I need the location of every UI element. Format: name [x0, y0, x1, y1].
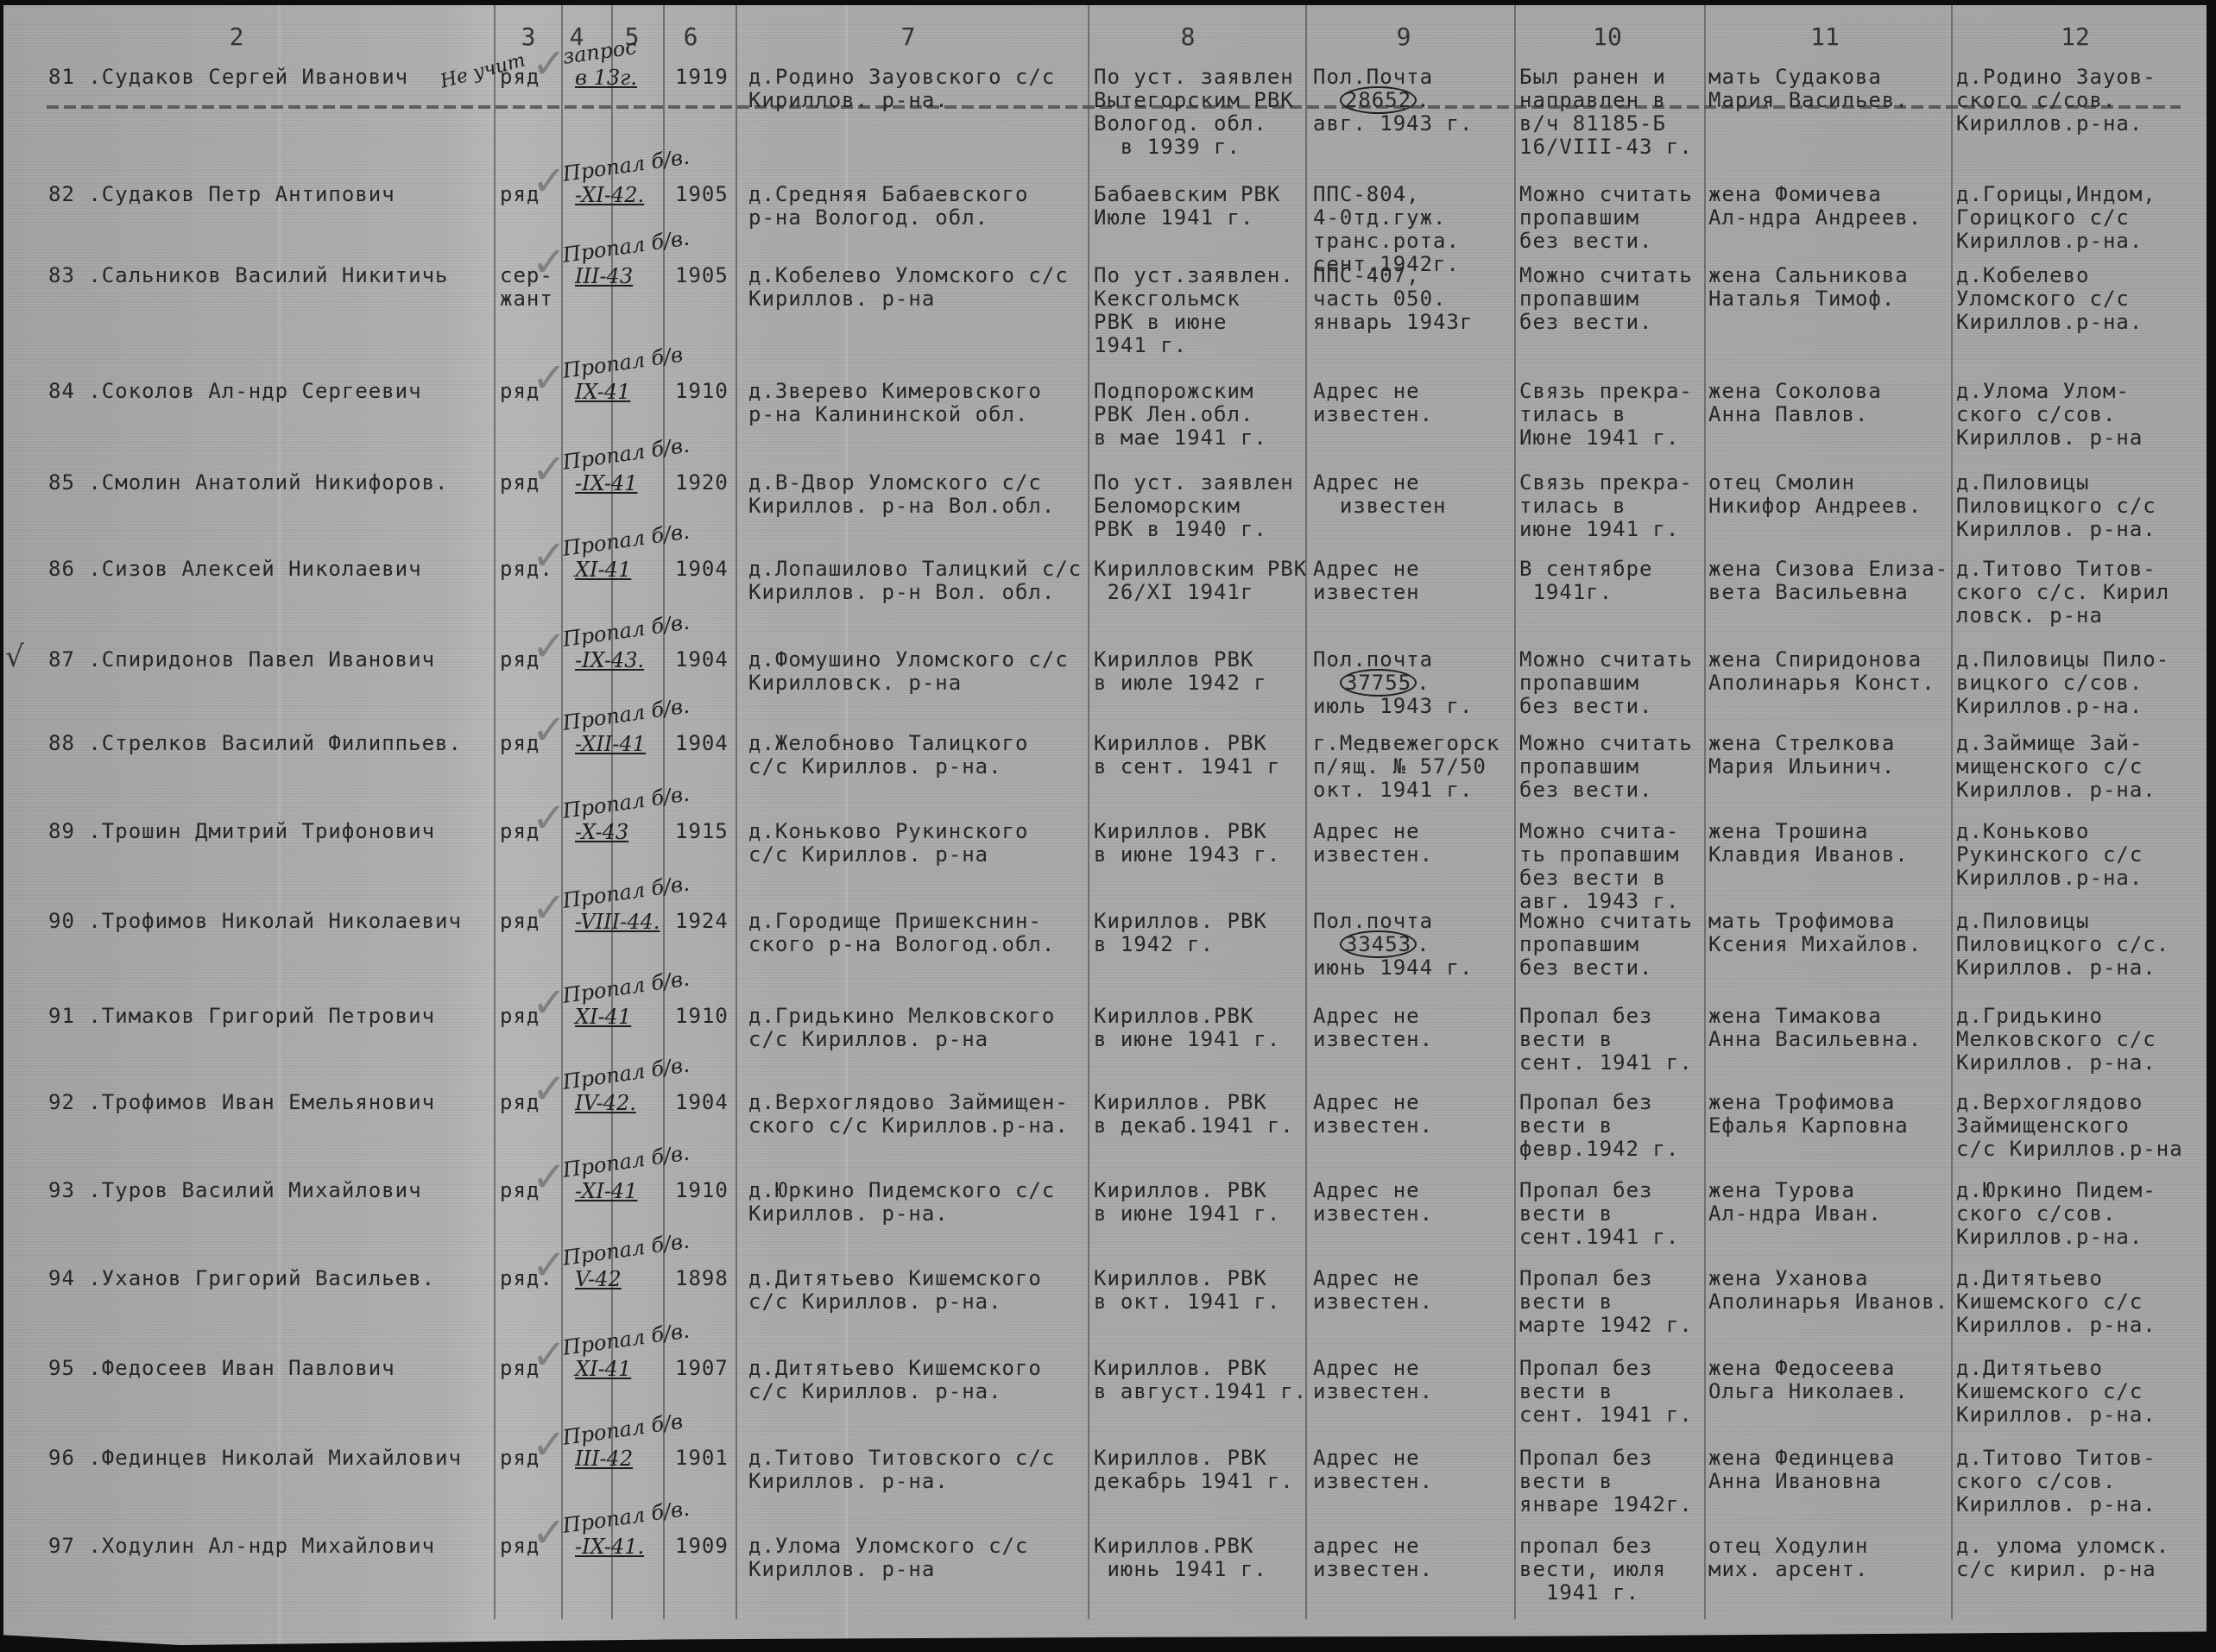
pencil-checkmark-icon: ✓: [532, 532, 566, 580]
birthplace: д.Лопашилово Талицкий с/с Кириллов. р-н …: [748, 558, 1082, 604]
field-post-stamp: 37755: [1340, 669, 1417, 697]
handwritten-status: Пропал б/в.: [561, 1321, 691, 1359]
column-number: 9: [1397, 22, 1411, 51]
next-of-kin-address: д.Титово Титов- ского с/с. Кирил ловск. …: [1956, 558, 2169, 627]
drafted-by: Кириллов. РВК в сент. 1941 г: [1094, 732, 1280, 779]
last-address: Адрес не известен: [1313, 558, 1420, 604]
circumstances: Пропал без вести в январе 1942г.: [1519, 1447, 1693, 1516]
soldier-name: 96 .Фединцев Николай Михайлович: [48, 1447, 462, 1470]
last-address: Адрес не известен.: [1313, 1267, 1433, 1314]
circumstances: Можно считать пропавшим без вести.: [1519, 183, 1693, 253]
last-address: Адрес не известен.: [1313, 380, 1433, 426]
handwritten-date: -IX-41.: [563, 1536, 691, 1557]
drafted-by: Кириллов РВК в июле 1942 г: [1094, 648, 1267, 695]
column-divider: [736, 5, 737, 1619]
handwritten-status: Пропал б/в: [561, 1411, 684, 1448]
next-of-kin-address: д.Дитятьево Кишемского с/с Кириллов. р-н…: [1956, 1357, 2156, 1427]
birthplace: д.Средняя Бабаевского р-на Вологод. обл.: [748, 183, 1028, 230]
column-number: 8: [1181, 22, 1196, 51]
column-divider: [1514, 5, 1516, 1619]
handwritten-status: Пропал б/в.: [561, 521, 691, 559]
pencil-checkmark-icon: ✓: [532, 40, 566, 88]
handwritten-annotation: Пропал б/в.III-43: [563, 245, 691, 287]
handwritten-status: Пропал б/в: [561, 344, 684, 381]
handwritten-annotation: Пропал б/в.-IX-43.: [563, 629, 691, 671]
drafted-by: По уст. заявлен Беломорским РВК в 1940 г…: [1094, 471, 1294, 541]
next-of-kin: жена Тимакова Анна Васильевна.: [1708, 1005, 1922, 1051]
handwritten-annotation: Пропал б/в.XI-41: [563, 1338, 691, 1379]
handwritten-annotation: Пропал б/в.-XII-41: [563, 713, 691, 754]
circumstances: Можно счита- ть пропавшим без вести в ав…: [1519, 820, 1679, 913]
birthplace: д.Фомушино Уломского с/с Кирилловск. р-н…: [748, 648, 1069, 695]
handwritten-status: Пропал б/в.: [561, 968, 691, 1006]
handwritten-status: Пропал б/в.: [561, 435, 691, 473]
last-address: Пол.почта 37755.июль 1943 г.: [1313, 648, 1473, 718]
handwritten-status: Пропал б/в.: [561, 1498, 691, 1536]
next-of-kin-address: д.Дитятьево Кишемского с/с Кириллов. р-н…: [1956, 1267, 2156, 1337]
torn-edge: [3, 1623, 2207, 1645]
drafted-by: Кириллов. РВК в июне 1941 г.: [1094, 1179, 1280, 1226]
drafted-by: Подпорожским РВК Лен.обл. в мае 1941 г.: [1094, 380, 1267, 450]
handwritten-date: XI-41: [563, 1359, 691, 1379]
handwritten-date: III-42: [563, 1448, 684, 1469]
next-of-kin: жена Фединцева Анна Ивановна: [1708, 1447, 1895, 1493]
handwritten-annotation: Пропал б/в.-IX-41: [563, 452, 691, 494]
soldier-name: 81 .Судаков Сергей Иванович: [48, 66, 408, 89]
circumstances: Пропал без вести в февр.1942 г.: [1519, 1091, 1679, 1161]
soldier-name: 94 .Уханов Григорий Васильев.: [48, 1267, 435, 1290]
circumstances: Можно считать пропавшим без вести.: [1519, 648, 1693, 718]
archive-document-page: 23456789101112 81 .Судаков Сергей Иванов…: [3, 5, 2207, 1645]
handwritten-date: -XII-41: [563, 734, 691, 754]
last-address: Адрес не известен.: [1313, 1091, 1433, 1138]
last-address: ППС-804, 4-0тд.гуж. транс.рота. сент.194…: [1313, 183, 1460, 276]
next-of-kin: жена Фомичева Ал-ндра Андреев.: [1708, 183, 1922, 230]
next-of-kin: жена Стрелкова Мария Ильинич.: [1708, 732, 1895, 779]
last-address: ППС-407, часть 050. январь 1943г: [1313, 264, 1473, 334]
birthplace: д.Зверево Кимеровского р-на Калининской …: [748, 380, 1042, 426]
next-of-kin: отец Смолин Никифор Андреев.: [1708, 471, 1922, 518]
handwritten-status: Пропал б/в.: [561, 696, 691, 734]
birthplace: д.Городище Пришекснин- ского р-на Волого…: [748, 910, 1055, 956]
birth-year: 1919: [675, 66, 729, 89]
handwritten-date: -VIII-44.: [563, 911, 691, 932]
handwritten-date: -XI-42.: [563, 185, 691, 205]
drafted-by: Кирилловским РВК 26/XI 1941г: [1094, 558, 1307, 604]
soldier-name: 92 .Трофимов Иван Емельянович: [48, 1091, 435, 1114]
drafted-by: По уст. заявлен Вытегорским РВК Вологод.…: [1094, 66, 1294, 159]
column-divider: [1088, 5, 1089, 1619]
handwritten-annotation: запросв 13г.: [563, 47, 637, 88]
next-of-kin: жена Сизова Елиза- вета Васильевна: [1708, 558, 1948, 604]
last-address: г.Медвежегорск п/ящ. № 57/50 окт. 1941 г…: [1313, 732, 1499, 802]
next-of-kin-address: д.Коньково Рукинского с/с Кириллов.р-на.: [1956, 820, 2143, 890]
drafted-by: Кириллов. РВК в 1942 г.: [1094, 910, 1267, 956]
next-of-kin-address: д.Кобелево Уломского с/с Кириллов.р-на.: [1956, 264, 2143, 334]
handwritten-date: III-43: [563, 266, 691, 287]
handwritten-date: в 13г.: [563, 67, 637, 88]
last-address: Адрес не известен.: [1313, 820, 1433, 867]
drafted-by: Кириллов.РВК в июне 1941 г.: [1094, 1005, 1280, 1051]
pencil-checkmark-icon: ✓: [532, 706, 566, 754]
pencil-checkmark-icon: ✓: [532, 445, 566, 494]
next-of-kin: жена Трошина Клавдия Иванов.: [1708, 820, 1909, 867]
last-address: Пол.Почта 28652.авг. 1943 г.: [1313, 66, 1473, 136]
column-divider: [494, 5, 496, 1619]
next-of-kin: жена Уханова Аполинарья Иванов.: [1708, 1267, 1948, 1314]
next-of-kin: жена Сальникова Наталья Тимоф.: [1708, 264, 1909, 311]
handwritten-status: Пропал б/в.: [561, 1055, 691, 1093]
next-of-kin: жена Спиридонова Аполинарья Конст.: [1708, 648, 1935, 695]
handwritten-date: XI-41: [563, 1006, 691, 1027]
pencil-checkmark-icon: ✓: [532, 884, 566, 932]
birthplace: д.Родино Зауовского с/с Кириллов. р-на.: [748, 66, 1055, 112]
handwritten-date: -X-43: [563, 822, 691, 842]
pencil-checkmark-icon: ✓: [532, 1153, 566, 1201]
circumstances: Можно считать пропавшим без вести.: [1519, 732, 1693, 802]
handwritten-annotation: Пропал б/в.-IX-41.: [563, 1516, 691, 1557]
next-of-kin: жена Трофимова Ефалья Карповна: [1708, 1091, 1909, 1138]
soldier-name: 87 .Спиридонов Павел Иванович: [48, 648, 435, 672]
pencil-checkmark-icon: ✓: [532, 1241, 566, 1289]
handwritten-annotation: Пропал б/в.XI-41: [563, 986, 691, 1027]
birthplace: д.Дитятьево Кишемского с/с Кириллов. р-н…: [748, 1357, 1042, 1403]
circumstances: Был ранен и направлен в в/ч 81185-Б 16/V…: [1519, 66, 1693, 159]
column-number: 7: [901, 22, 916, 51]
circumstances: пропал без вести, июля 1941 г.: [1519, 1535, 1666, 1605]
next-of-kin-address: д.Займище Зай- мищенского с/с Кириллов. …: [1956, 732, 2156, 802]
column-divider: [1704, 5, 1706, 1619]
handwritten-date: IV-42.: [563, 1093, 691, 1113]
handwritten-date: IX-41: [563, 381, 684, 402]
last-address: адрес не известен.: [1313, 1535, 1433, 1581]
last-address: Пол.почта 33453.июнь 1944 г.: [1313, 910, 1473, 980]
checkmark-icon: √: [5, 640, 24, 674]
birthplace: д.Желобново Талицкого с/с Кириллов. р-на…: [748, 732, 1028, 779]
soldier-name: 95 .Федосеев Иван Павлович: [48, 1357, 395, 1380]
next-of-kin-address: д.Горицы,Индом, Горицкого с/с Кириллов.р…: [1956, 183, 2156, 253]
birthplace: д.Дитятьево Кишемского с/с Кириллов. р-н…: [748, 1267, 1042, 1314]
birthplace: д.Верхоглядово Займищен- ского с/с Кирил…: [748, 1091, 1069, 1138]
circumstances: Можно считать пропавшим без вести.: [1519, 264, 1693, 334]
handwritten-date: -XI-41: [563, 1181, 691, 1201]
circumstances: Можно считать пропавшим без вести.: [1519, 910, 1693, 980]
pencil-checkmark-icon: ✓: [532, 1331, 566, 1379]
birthplace: д.Кобелево Уломского с/с Кириллов. р-на: [748, 264, 1069, 311]
circumstances: Пропал без вести в марте 1942 г.: [1519, 1267, 1693, 1337]
pencil-checkmark-icon: ✓: [532, 157, 566, 205]
next-of-kin-address: д.Юркино Пидем- ского с/сов. Кириллов.р-…: [1956, 1179, 2156, 1249]
soldier-name: 86 .Сизов Алексей Николаевич: [48, 558, 422, 581]
soldier-name: 88 .Стрелков Василий Филиппьев.: [48, 732, 462, 755]
next-of-kin-address: д.Гридькино Мелковского с/с Кириллов. р-…: [1956, 1005, 2156, 1075]
birthplace: д.Коньково Рукинского с/с Кириллов. р-на: [748, 820, 1028, 867]
handwritten-annotation: Пропал б/в.XI-41: [563, 539, 691, 580]
last-address: Адрес не известен: [1313, 471, 1447, 518]
next-of-kin-address: д.Верхоглядово Займищенского с/с Кирилло…: [1956, 1091, 2183, 1161]
field-post-stamp: 33453: [1340, 930, 1417, 958]
next-of-kin: жена Соколова Анна Павлов.: [1708, 380, 1882, 426]
drafted-by: Кириллов. РВК в август.1941 г.: [1094, 1357, 1307, 1403]
next-of-kin-address: д.Титово Титов- ского с/сов. Кириллов. р…: [1956, 1447, 2156, 1516]
soldier-name: 82 .Судаков Петр Антипович: [48, 183, 395, 206]
soldier-name: 84 .Соколов Ал-ндр Сергеевич: [48, 380, 422, 403]
soldier-name: 97 .Ходулин Ал-ндр Михайлович: [48, 1535, 435, 1558]
handwritten-status: Пропал б/в.: [561, 1231, 691, 1269]
next-of-kin: мать Судакова Мария Васильев.: [1708, 66, 1909, 112]
column-divider: [1951, 5, 1953, 1619]
column-number: 10: [1593, 22, 1622, 51]
next-of-kin-address: д. улома уломск. с/с кирил. р-на: [1956, 1535, 2169, 1581]
next-of-kin-address: д.Пиловицы Пиловицкого с/с Кириллов. р-н…: [1956, 471, 2156, 541]
column-number: 2: [230, 22, 244, 51]
drafted-by: Кириллов. РВК в окт. 1941 г.: [1094, 1267, 1280, 1314]
handwritten-status: Пропал б/в.: [561, 784, 691, 822]
drafted-by: Бабаевским РВК Июле 1941 г.: [1094, 183, 1280, 230]
next-of-kin: жена Турова Ал-ндра Иван.: [1708, 1179, 1882, 1226]
drafted-by: По уст.заявлен. Кексгольмск РВК в июне 1…: [1094, 264, 1294, 357]
column-number: 6: [684, 22, 698, 51]
handwritten-annotation: Пропал б/в.-XI-42.: [563, 164, 691, 205]
last-address: Адрес не известен.: [1313, 1005, 1433, 1051]
pencil-checkmark-icon: ✓: [532, 1421, 566, 1469]
drafted-by: Кириллов. РВК декабрь 1941 г.: [1094, 1447, 1294, 1493]
circumstances: Связь прекра- тилась в Июне 1941 г.: [1519, 380, 1693, 450]
handwritten-annotation: Пропал б/в.V-42: [563, 1248, 691, 1289]
handwritten-annotation: Пропал б/в.-VIII-44.: [563, 891, 691, 932]
drafted-by: Кириллов. РВК в декаб.1941 г.: [1094, 1091, 1294, 1138]
pencil-checkmark-icon: ✓: [532, 238, 566, 287]
handwritten-status: Пропал б/в.: [561, 612, 691, 650]
circumstances: Связь прекра- тилась в июне 1941 г.: [1519, 471, 1693, 541]
last-address: Адрес не известен.: [1313, 1357, 1433, 1403]
handwritten-status: Пропал б/в.: [561, 147, 691, 185]
birthplace: д.Юркино Пидемского с/с Кириллов. р-на.: [748, 1179, 1055, 1226]
circumstances: Пропал без вести в сент.1941 г.: [1519, 1179, 1679, 1249]
soldier-name: 91 .Тимаков Григорий Петрович: [48, 1005, 435, 1028]
next-of-kin: жена Федосеева Ольга Николаев.: [1708, 1357, 1909, 1403]
handwritten-annotation: Пропал б/вIII-42: [563, 1428, 684, 1469]
pencil-checkmark-icon: ✓: [532, 622, 566, 671]
soldier-name: 83 .Сальников Василий Никитичь: [48, 264, 448, 287]
handwritten-date: -IX-43.: [563, 650, 691, 671]
next-of-kin-address: д.Родино Зауов- ского с/сов. Кириллов.р-…: [1956, 66, 2156, 136]
column-number: 12: [2061, 22, 2090, 51]
birthplace: д.В-Двор Уломского с/с Кириллов. р-на Во…: [748, 471, 1055, 518]
circumstances: Пропал без вести в сент. 1941 г.: [1519, 1005, 1693, 1075]
soldier-name: 89 .Трошин Дмитрий Трифонович: [48, 820, 435, 843]
next-of-kin: отец Ходулин мих. арсент.: [1708, 1535, 1868, 1581]
pencil-checkmark-icon: ✓: [532, 794, 566, 842]
handwritten-annotation: Пропал б/в.-XI-41: [563, 1160, 691, 1201]
soldier-name: 85 .Смолин Анатолий Никифоров.: [48, 471, 448, 495]
handwritten-annotation: Пропал б/в.-X-43: [563, 801, 691, 842]
soldier-name: 93 .Туров Василий Михайлович: [48, 1179, 422, 1202]
next-of-kin-address: д.Пиловицы Пиловицкого с/с. Кириллов. р-…: [1956, 910, 2169, 980]
drafted-by: Кириллов. РВК в июне 1943 г.: [1094, 820, 1280, 867]
handwritten-date: -IX-41: [563, 473, 691, 494]
handwritten-date: V-42: [563, 1269, 691, 1289]
handwritten-date: XI-41: [563, 559, 691, 580]
pencil-checkmark-icon: ✓: [532, 1509, 566, 1557]
circumstances: В сентябре 1941г.: [1519, 558, 1653, 604]
next-of-kin-address: д.Улома Улом- ского с/сов. Кириллов. р-н…: [1956, 380, 2143, 450]
handwritten-status: Пропал б/в.: [561, 228, 691, 266]
birthplace: д.Улома Уломского с/с Кириллов. р-на: [748, 1535, 1028, 1581]
pencil-checkmark-icon: ✓: [532, 1065, 566, 1113]
pencil-checkmark-icon: ✓: [532, 979, 566, 1027]
circumstances: Пропал без вести в сент. 1941 г.: [1519, 1357, 1693, 1427]
handwritten-annotation: Пропал б/в.IV-42.: [563, 1072, 691, 1113]
next-of-kin-address: д.Пиловицы Пило- вицкого с/сов. Кириллов…: [1956, 648, 2169, 718]
column-number: 11: [1810, 22, 1840, 51]
field-post-stamp: 28652: [1340, 86, 1417, 114]
pencil-checkmark-icon: ✓: [532, 354, 566, 402]
handwritten-status: Пропал б/в.: [561, 1143, 691, 1181]
last-address: Адрес не известен.: [1313, 1179, 1433, 1226]
handwritten-status: Пропал б/в.: [561, 873, 691, 911]
drafted-by: Кириллов.РВК июнь 1941 г.: [1094, 1535, 1267, 1581]
soldier-name: 90 .Трофимов Николай Николаевич: [48, 910, 462, 933]
handwritten-annotation: Пропал б/вIX-41: [563, 361, 684, 402]
birthplace: д.Титово Титовского с/с Кириллов. р-на.: [748, 1447, 1055, 1493]
last-address: Адрес не известен.: [1313, 1447, 1433, 1493]
birthplace: д.Гридькино Мелковского с/с Кириллов. р-…: [748, 1005, 1055, 1051]
next-of-kin: мать Трофимова Ксения Михайлов.: [1708, 910, 1922, 956]
